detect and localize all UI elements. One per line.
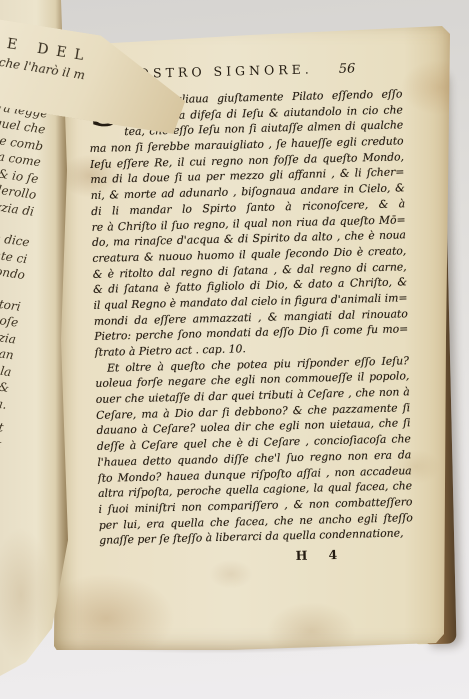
left-page-text-fragment: al Dio, come dice: [0, 214, 31, 251]
photo-of-open-book: NOSTRO SIGNORE. 56 SI marauigliaua giuſt…: [0, 0, 469, 699]
page-number: 56: [339, 61, 356, 76]
signature-mark: H 4: [100, 545, 414, 568]
left-page-line-group: al Dio, come diceo miſeramente ciudicio …: [0, 214, 31, 284]
text-block: SI marauigliaua giuſtamente Pilato eſſen…: [88, 86, 413, 548]
paragraph: Et oltre à queſto che potea piu riſponde…: [95, 353, 414, 549]
left-page-line-group: a, al qual Pilate arreſtano contoſe paro…: [0, 399, 5, 534]
left-page-text-column: le coſe che uoi diteecondo la uoſtra leg…: [0, 68, 58, 550]
left-page-text-fragment: loti, e ſenatori: [0, 277, 22, 314]
left-page-line-group: loti, e ſenatoriia di molte coſeuean per…: [0, 277, 22, 412]
